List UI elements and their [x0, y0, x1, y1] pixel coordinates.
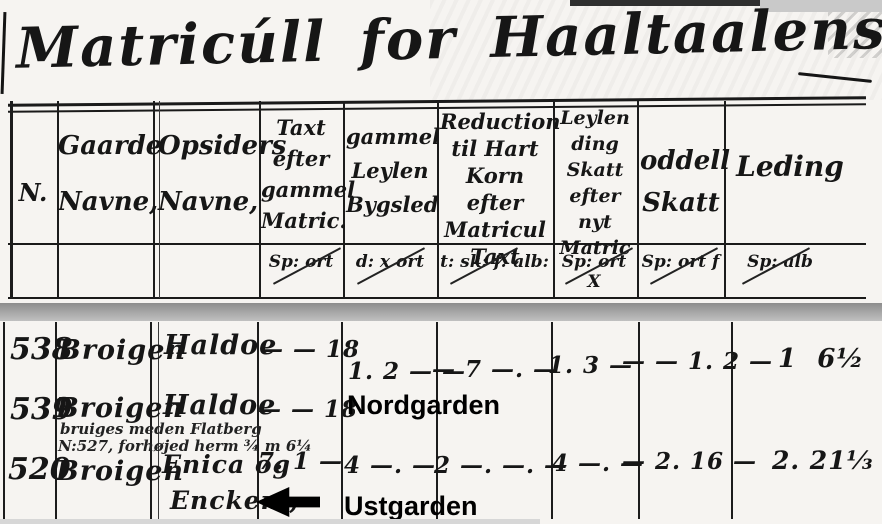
header-line: efter nyt	[556, 183, 634, 235]
row-538-odelsskatt-value: — — 1. 2 —	[622, 348, 773, 375]
annotation-ustgarden: Ustgarden	[344, 491, 478, 522]
header-line: Skatt	[556, 157, 634, 183]
unit-text: t: sk: f: alb:	[440, 252, 549, 272]
annotation-nordgarden: Nordgarden	[347, 390, 500, 421]
header-leylending-skatt-ny-matricul: Leylen ding Skatt efter nyt Matric	[556, 105, 634, 261]
column-divider	[724, 101, 726, 298]
row-520-leding-value: 2. 21⅓	[772, 446, 873, 475]
row-520-odelsskatt-value: — 2. 16 —	[622, 448, 757, 475]
header-line: Skatt	[640, 182, 722, 224]
scan-spine-line	[1, 12, 7, 94]
header-line: Bygsled	[346, 188, 434, 222]
header-line: Navne,	[58, 174, 154, 230]
header-line: Gaarde	[58, 118, 154, 174]
header-taxt-gammel-matricul: Taxt efter gammel Matric.	[261, 112, 341, 236]
row-539-note-line-1: bruiges meden Flatberg	[60, 420, 262, 438]
unit-leding: Sp: alb	[730, 252, 830, 272]
header-line: Leding	[728, 150, 852, 183]
row-538-leding-value: 1 6½	[778, 344, 864, 374]
scan-divider-band	[0, 303, 882, 321]
unit-taxt: Sp: ort	[261, 252, 341, 272]
header-line: gammel	[346, 120, 434, 154]
unit-hartkorn: t: sk: f: alb:	[438, 252, 551, 272]
unit-text: Sp: ort X	[562, 252, 627, 292]
header-line: oddell	[640, 140, 722, 182]
scan-bottom-strip	[0, 519, 540, 524]
header-line: til Hart	[440, 135, 550, 162]
header-line: Navne,	[158, 174, 258, 230]
header-line: Leylen	[346, 154, 434, 188]
header-line: Leylen	[556, 105, 634, 131]
unit-gammel-leylen: d: x ort	[345, 252, 435, 272]
unit-text: Sp: ort f	[642, 252, 720, 272]
column-divider	[3, 322, 5, 519]
header-line: ding	[556, 131, 634, 157]
row-520-gammel-leylen-value: 4 —. —	[344, 452, 436, 479]
row-520-taxt-value: 7. 1 —	[258, 448, 343, 475]
header-reduction-hartkorn: Reduction til Hart Korn efter Matricul T…	[440, 108, 550, 270]
header-gammel-leylen-bygsel: gammel Leylen Bygsled	[346, 120, 434, 222]
bracket-leylending-value: 1. 3 —	[548, 352, 633, 379]
header-odelsskatt: oddell Skatt	[640, 140, 722, 224]
unit-leylending-skatt: Sp: ort X	[553, 252, 635, 292]
row-520-reduction-value: 2 —. —. —	[434, 452, 568, 479]
row-538-taxt-value: — — 18	[260, 336, 360, 363]
header-no: N.	[12, 178, 54, 207]
row-539-taxt-value: — — 18	[258, 396, 358, 423]
header-line: Korn efter	[440, 162, 550, 216]
header-line: gammel	[261, 174, 341, 205]
header-line: N.	[12, 178, 54, 207]
header-line: Reduction	[440, 108, 550, 135]
unit-odelsskatt: Sp: ort f	[638, 252, 723, 272]
bracket-reduction-value: — 7 —. —	[432, 356, 557, 383]
unit-text: d: x ort	[356, 252, 424, 272]
header-line: Opsiders	[158, 118, 258, 174]
scanned-matricul-document: Matricúll for Haaltaalens Sogn N. Gaarde…	[0, 0, 882, 524]
header-gaarde-navne: Gaarde Navne,	[58, 118, 154, 230]
header-line: efter	[261, 143, 341, 174]
header-line: Matricul	[440, 216, 550, 243]
header-leding: Leding	[728, 150, 852, 183]
header-line: Taxt	[261, 112, 341, 143]
header-opsiders-navne: Opsiders Navne,	[158, 118, 258, 230]
header-line: Matric.	[261, 205, 341, 236]
